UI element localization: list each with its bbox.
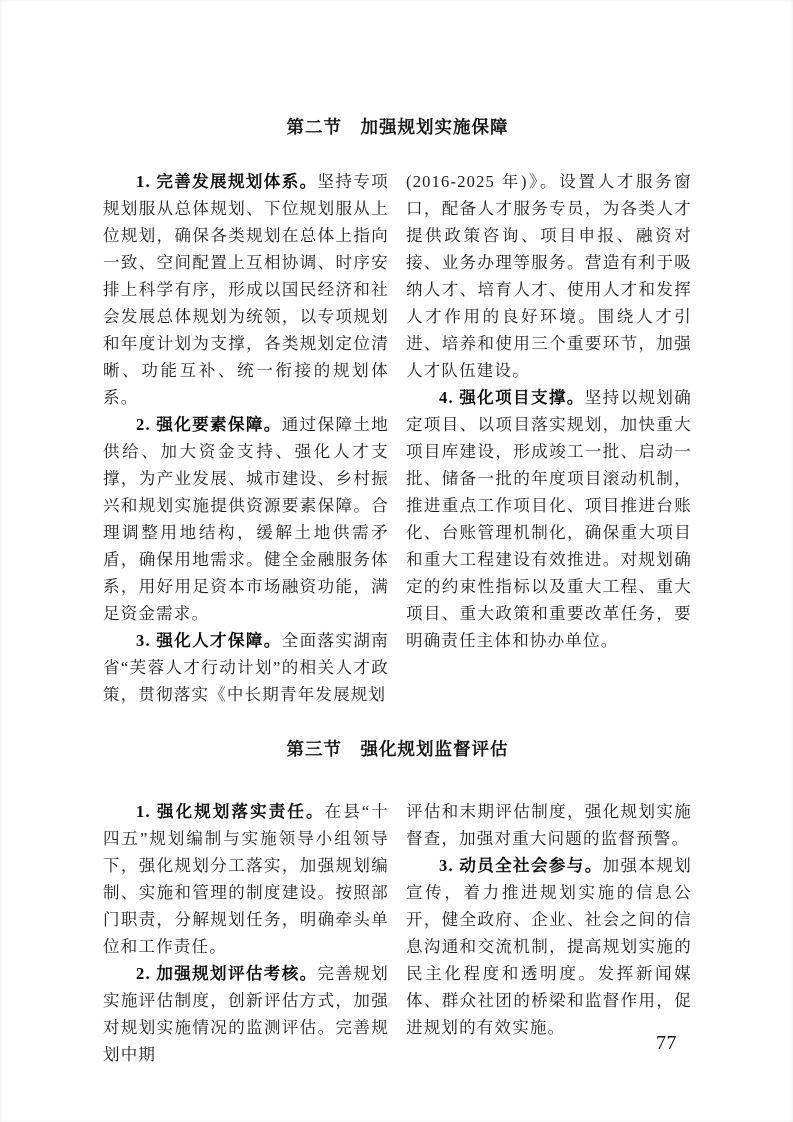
paragraph-body: 通过保障土地供给、加大资金支持、强化人才支撑，为产业发展、城市建设、乡村振兴和规… <box>103 415 389 623</box>
section-2-left-column: 1. 完善发展规划体系。坚持专项规划服从总体规划、下位规划服从上位规划，确保各类… <box>103 168 389 708</box>
paragraph-improve-planning-system: 1. 完善发展规划体系。坚持专项规划服从总体规划、下位规划服从上位规划，确保各类… <box>103 168 389 411</box>
paragraph-lead: 1. 强化规划落实责任。 <box>136 802 325 821</box>
paragraph-body: 在县“十四五”规划编制与实施领导小组领导下，强化规划分工落实，加强规划编制、实施… <box>103 802 389 956</box>
page-content: 第二节 加强规划实施保障 1. 完善发展规划体系。坚持专项规划服从总体规划、下位… <box>103 112 692 1068</box>
section-3-heading: 第三节 强化规划监督评估 <box>103 734 692 764</box>
paragraph-lead: 3. 动员全社会参与。 <box>439 856 603 875</box>
paragraph-lead: 2. 加强规划评估考核。 <box>136 964 318 983</box>
paragraph-body: 坚持以规划确定项目、以项目落实规划，加快重大项目库建设，形成竣工一批、启动一批、… <box>406 388 692 650</box>
section-2-right-column: (2016-2025 年)》。设置人才服务窗口，配备人才服务专员，为各类人才提供… <box>406 168 692 708</box>
paragraph-lead: 1. 完善发展规划体系。 <box>136 172 318 191</box>
paragraph-strengthen-evaluation-assessment: 2. 加强规划评估考核。完善规划实施评估制度，创新评估方式，加强对规划实施情况的… <box>103 960 389 1068</box>
paragraph-evaluation-continued: 评估和末期评估制度，强化规划实施督查，加强对重大问题的监督预警。 <box>406 798 692 852</box>
paragraph-strengthen-project-support: 4. 强化项目支撑。坚持以规划确定项目、以项目落实规划，加快重大项目库建设，形成… <box>406 384 692 654</box>
section-3-right-column: 评估和末期评估制度，强化规划实施督查，加强对重大问题的监督预警。 3. 动员全社… <box>406 798 692 1068</box>
page-number: 77 <box>656 1030 677 1056</box>
paragraph-body: 坚持专项规划服从总体规划、下位规划服从上位规划，确保各类规划在总体上指向一致、空… <box>103 172 389 407</box>
paragraph-lead: 4. 强化项目支撑。 <box>439 388 585 407</box>
paragraph-strengthen-implementation-responsibility: 1. 强化规划落实责任。在县“十四五”规划编制与实施领导小组领导下，强化规划分工… <box>103 798 389 960</box>
paragraph-strengthen-talent-guarantee: 3. 强化人才保障。全面落实湖南省“芙蓉人才行动计划”的相关人才政策，贯彻落实《… <box>103 627 389 708</box>
paragraph-body: 加强本规划宣传，着力推进规划实施的信息公开，健全政府、企业、社会之间的信息沟通和… <box>406 856 692 1037</box>
section-3-left-column: 1. 强化规划落实责任。在县“十四五”规划编制与实施领导小组领导下，强化规划分工… <box>103 798 389 1068</box>
section-2-columns: 1. 完善发展规划体系。坚持专项规划服从总体规划、下位规划服从上位规划，确保各类… <box>103 168 692 708</box>
paragraph-body: 评估和末期评估制度，强化规划实施督查，加强对重大问题的监督预警。 <box>406 802 692 848</box>
paragraph-body: (2016-2025 年)》。设置人才服务窗口，配备人才服务专员，为各类人才提供… <box>406 172 692 380</box>
section-3-columns: 1. 强化规划落实责任。在县“十四五”规划编制与实施领导小组领导下，强化规划分工… <box>103 798 692 1068</box>
paragraph-talent-guarantee-continued: (2016-2025 年)》。设置人才服务窗口，配备人才服务专员，为各类人才提供… <box>406 168 692 384</box>
paragraph-strengthen-factor-guarantee: 2. 强化要素保障。通过保障土地供给、加大资金支持、强化人才支撑，为产业发展、城… <box>103 411 389 627</box>
section-2-heading: 第二节 加强规划实施保障 <box>103 112 692 142</box>
paragraph-lead: 3. 强化人才保障。 <box>136 631 282 650</box>
document-page: 第二节 加强规划实施保障 1. 完善发展规划体系。坚持专项规划服从总体规划、下位… <box>0 0 793 1122</box>
paragraph-lead: 2. 强化要素保障。 <box>136 415 282 434</box>
paragraph-mobilize-society-participation: 3. 动员全社会参与。加强本规划宣传，着力推进规划实施的信息公开，健全政府、企业… <box>406 852 692 1041</box>
